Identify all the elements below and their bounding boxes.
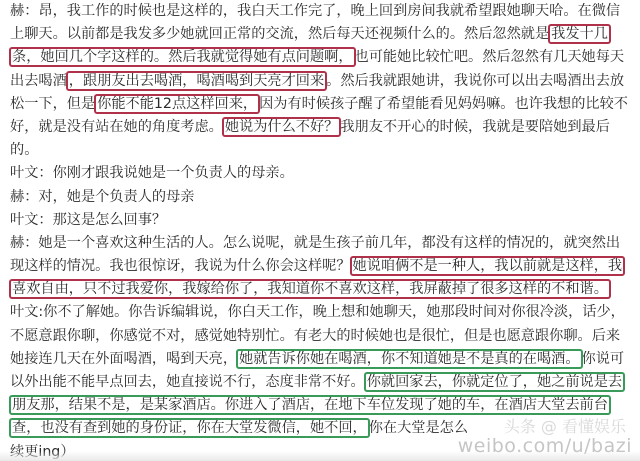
- transcript-line: 叶文：那这是怎么回事？: [10, 209, 636, 232]
- transcript-text: 你在大堂是怎么: [369, 420, 468, 436]
- transcript-line: 喜欢自由，只不过我爱你，我嫁给你了，我知道你不喜欢这样，我屏蔽掉了很多这样的不和…: [10, 278, 636, 301]
- transcript-text: 我朋友不开心的时候，我就是要陪她到最后: [340, 119, 610, 135]
- transcript-text: 她接连几天在外面喝酒，喝到天亮，: [10, 351, 237, 367]
- transcript-line: 叶文：你刚才跟我说她是一个负责人的母亲。: [10, 162, 636, 185]
- highlight-green-box: 查，也没有查到她的身份证，你在大堂发微信，她不回，: [9, 418, 370, 438]
- watermark-overlay: 头条 @ 看懂娱乐: [504, 414, 626, 437]
- highlight-green-box: 朋友那，结果不是，是某家酒店。你进入了酒店，在地下车位发现了她的车，在酒店大堂去…: [9, 395, 611, 415]
- transcript-line: 条，她回几个字这样的。然后我就觉得她有点问题啊，也可能她比较忙吧。然后忽然有几天…: [10, 46, 636, 69]
- transcript-line: 赫：对，她是个负责人的母亲: [10, 186, 636, 209]
- transcript-text: 因为有时候孩子醒了希望能看见妈妈嘛。也许我想的比较不: [259, 96, 628, 112]
- transcript-line: 以外出能不能早点回去，她直接说不行，态度非常不好。你就回家去，你就定位了，她之前…: [10, 371, 636, 394]
- highlight-red-box: 我发十几: [548, 24, 611, 44]
- transcript-document: 赫：昂，我工作的时候也是这样的，我白天工作完了，晚上回到房间我就希望跟她聊天哈。…: [10, 0, 636, 461]
- transcript-text: 出去喝酒: [10, 73, 67, 89]
- transcript-text: 以外出能不能早点回去，她直接说不行，态度非常不好。: [10, 374, 365, 390]
- transcript-text: 松一下，但是: [10, 96, 95, 112]
- transcript-line: 上聊天。以前都是我发多少她就回正常的交流，然后每天还视频什么的。然后忽然就是我发…: [10, 23, 636, 46]
- transcript-line: 松一下，但是你能不能12点这样回来，因为有时候孩子醒了希望能看见妈妈嘛。也许我想…: [10, 93, 636, 116]
- transcript-line: 不愿意跟你聊，你感觉不对，感觉她特别忙。有老大的时候她也是很忙，但是也愿意跟你聊…: [10, 325, 636, 348]
- transcript-text: 叶文：你刚才跟我说她是一个负责人的母亲。: [10, 165, 294, 181]
- highlight-green-box: 你就回家去，你就定位了，她之前说是去: [364, 372, 625, 392]
- transcript-line: 现这样的情况。我也很惊讶，我说为什么你会这样呢？她说咱俩不是一种人，我以前就是这…: [10, 255, 636, 278]
- highlight-red-box: 喜欢自由，只不过我爱你，我嫁给你了，我知道你不喜欢这样，我屏蔽掉了很多这样的不和…: [9, 279, 611, 299]
- transcript-line: 出去喝酒，跟朋友出去喝酒，喝酒喝到天亮才回来。然后我就跟她讲，我说你可以出去喝酒…: [10, 70, 636, 93]
- transcript-text: 不愿意跟你聊，你感觉不对，感觉她特别忙。有老大的时候她也是很忙，但是也愿意跟你聊…: [10, 328, 620, 344]
- transcript-text: 叶文：那这是怎么回事？: [10, 212, 166, 228]
- transcript-line: 她接连几天在外面喝酒，喝到天亮，她就告诉你她在喝酒，你不知道她是不是真的在喝酒。…: [10, 348, 636, 371]
- highlight-red-box: 她说为什么不好？: [222, 117, 342, 137]
- transcript-text: 你说可: [582, 351, 625, 367]
- transcript-text: 上聊天。以前都是我发多少她就回正常的交流，然后每天还视频什么的。然后忽然就是: [10, 26, 549, 42]
- transcript-line: 赫：昂，我工作的时候也是这样的，我白天工作完了，晚上回到房间我就希望跟她聊天哈。…: [10, 0, 636, 23]
- transcript-line: 好，就是没有站在她的角度考虑。她说为什么不好？我朋友不开心的时候，我就是要陪她到…: [10, 116, 636, 139]
- transcript-text: 赫：对，她是个负责人的母亲: [10, 189, 194, 205]
- highlight-red-box: 你能不能12点这样回来，: [94, 94, 260, 114]
- highlight-red-box: ，跟朋友出去喝酒，喝酒喝到天亮才回来: [66, 71, 327, 91]
- transcript-text: 。然后我就跟她讲，我说你可以出去喝酒出去放: [326, 73, 624, 89]
- bottom-fade: [0, 451, 640, 461]
- transcript-text: 也可能她比较忙吧。然后忽然有几天她每天: [355, 49, 625, 65]
- highlight-red-box: 条，她回几个字这样的。然后我就觉得她有点问题啊，: [9, 47, 356, 67]
- transcript-line: 叶文:你不了解她。你告诉编辑说，你白天工作，晚上想和她聊天，她那段时间对你很冷淡…: [10, 301, 636, 324]
- transcript-line: 赫：她是一个喜欢这种生活的人。怎么说呢，就是生孩子前几年，都没有这样的情况的，就…: [10, 232, 636, 255]
- transcript-text: 赫：她是一个喜欢这种生活的人。怎么说呢，就是生孩子前几年，都没有这样的情况的，就…: [10, 235, 620, 251]
- transcript-text: 好，就是没有站在她的角度考虑。: [10, 119, 223, 135]
- transcript-text: 叶文:你不了解她。你告诉编辑说，你白天工作，晚上想和她聊天，她那段时间对你很冷淡…: [10, 304, 625, 320]
- transcript-line: 的。: [10, 139, 636, 162]
- transcript-text: 赫：昂，我工作的时候也是这样的，我白天工作完了，晚上回到房间我就希望跟她聊天哈。…: [10, 3, 620, 19]
- highlight-green-box: 她就告诉你她在喝酒，你不知道她是不是真的在喝酒。: [236, 349, 583, 369]
- transcript-text: 现这样的情况。我也很惊讶，我说为什么你会这样呢？: [10, 258, 351, 274]
- highlight-red-box: 她说咱俩不是一种人，我以前就是这样，我: [350, 256, 626, 276]
- transcript-text: 的。: [10, 142, 38, 158]
